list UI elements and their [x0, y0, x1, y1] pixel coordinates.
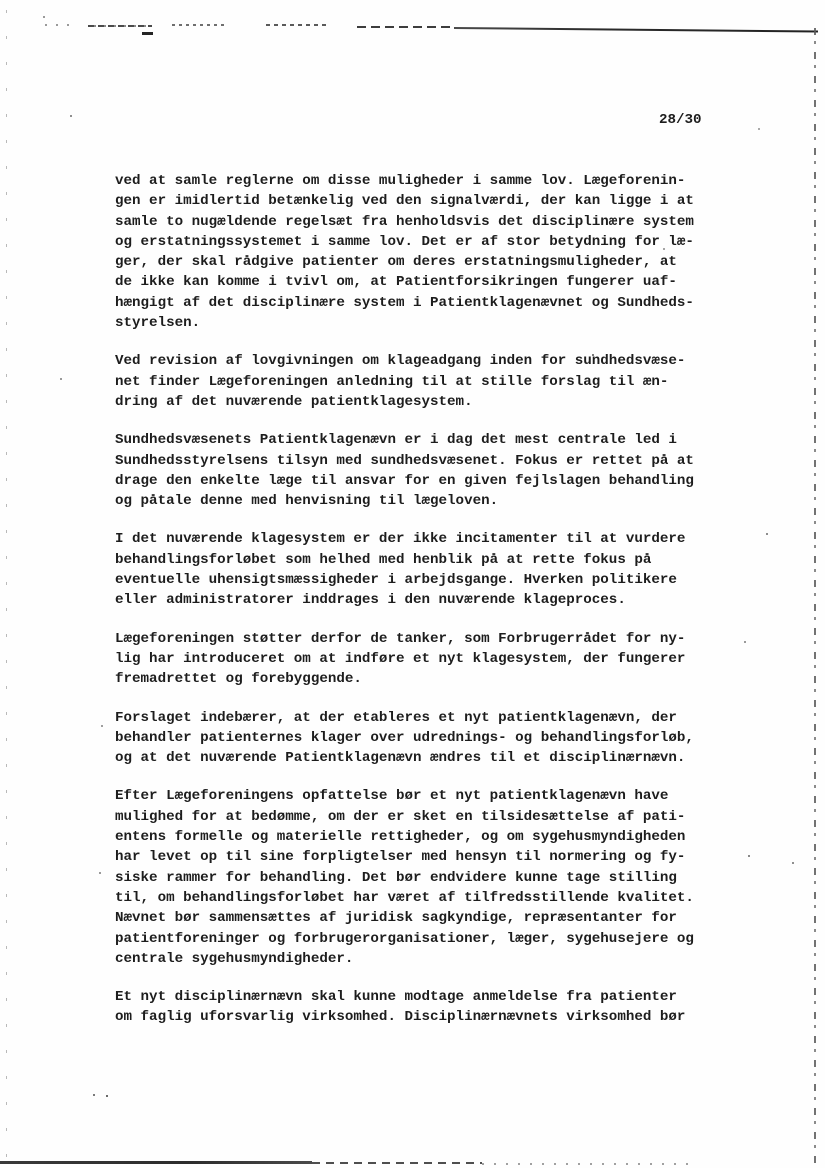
scan-artifact-bottom-dots: [482, 1163, 692, 1165]
paragraph-1: ved at samle reglerne om disse mulighede…: [115, 171, 735, 333]
scan-noise-specks: [0, 0, 2, 2]
scan-artifact-left-border: [6, 10, 7, 1160]
scan-artifact-bottom-line: [0, 1161, 312, 1164]
scan-artifact-right-border: [814, 28, 816, 1168]
scan-artifact-top-segment: [88, 25, 152, 27]
scan-artifact-top-line: [454, 27, 818, 32]
scan-artifact-top-segment: [172, 24, 224, 26]
page-number: 28/30: [659, 112, 702, 128]
paragraph-4: I det nuværende klagesystem er der ikke …: [115, 529, 735, 610]
scan-artifact-top-segment: [357, 26, 455, 28]
paragraph-8: Et nyt disciplinærnævn skal kunne modtag…: [115, 987, 735, 1028]
paragraph-2: Ved revision af lovgivningen om klageadg…: [115, 351, 735, 412]
scan-artifact-top-segment: [266, 24, 328, 26]
scan-artifact-bottom-dashes: [312, 1162, 482, 1164]
paragraph-3: Sundhedsvæsenets Patientklagenævn er i d…: [115, 430, 735, 511]
paragraph-5: Lægeforeningen støtter derfor de tanker,…: [115, 629, 735, 690]
scanned-document-page: 28/30 ved at samle reglerne om disse mul…: [0, 0, 825, 1168]
scan-artifact-small-dash: [142, 32, 153, 35]
document-body: ved at samle reglerne om disse mulighede…: [115, 171, 735, 1046]
scan-artifact-top-dots: [45, 24, 77, 26]
paragraph-7: Efter Lægeforeningens opfattelse bør et …: [115, 786, 735, 969]
paragraph-6: Forslaget indebærer, at der etableres et…: [115, 708, 735, 769]
